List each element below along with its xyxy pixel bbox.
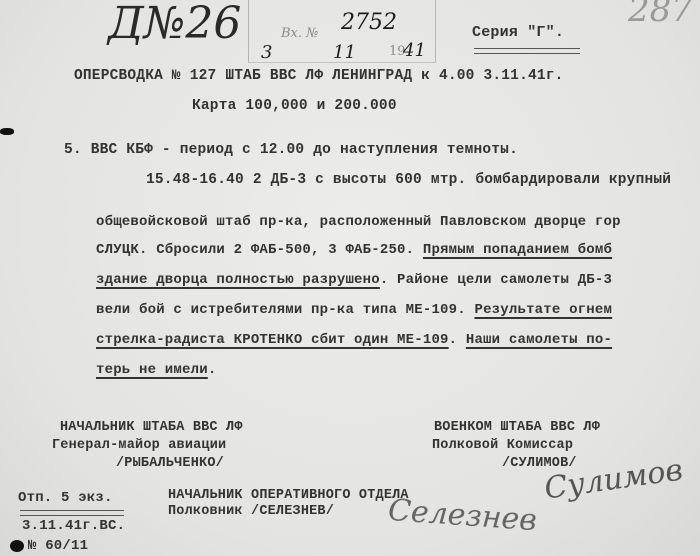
body-line: стрелка-радиста КРОТЕНКО сбит один МЕ-10… (96, 332, 612, 348)
body-text: . (208, 362, 217, 378)
signatory-rank: Генерал-майор авиации (52, 438, 226, 453)
signatory-position: НАЧАЛЬНИК ОПЕРАТИВНОГО ОТДЕЛА (168, 488, 409, 503)
underlined-text: Наши самолеты по- (466, 332, 612, 348)
signatory-rank: Полковник /СЕЛЕЗНЕВ/ (168, 504, 334, 519)
body-line: 15.48-16.40 2 ДБ-3 с высоты 600 мтр. бом… (146, 172, 671, 188)
document-title: ОПЕРСВОДКА № 127 ШТАБ ВВС ЛФ ЛЕНИНГРАД к… (74, 68, 564, 84)
incoming-day: 3 (261, 42, 272, 63)
page-number: 287 (628, 0, 693, 30)
incoming-number: 2752 (341, 10, 397, 35)
incoming-month: 11 (333, 42, 356, 63)
incoming-year: 41 (403, 40, 426, 61)
archive-mark: Д№26 (108, 0, 241, 49)
map-scale: Карта 100,000 и 200.000 (192, 98, 397, 114)
ink-blot (10, 540, 24, 552)
signatory-name: /РЫБАЛЬЧЕНКО/ (116, 456, 224, 471)
underlined-text: терь не имели (96, 362, 208, 378)
series-label: Серия "Г". (472, 24, 564, 41)
archive-document-scan: Вх. № 2752 3 11 19 41 Д№26 287 Серия "Г"… (0, 0, 700, 556)
incoming-stamp: Вх. № 2752 3 11 19 41 (248, 0, 436, 63)
series-underline (474, 48, 580, 54)
ink-blot (0, 128, 14, 135)
body-line: терь не имели. (96, 362, 216, 378)
underlined-text: здание дворца полностью разрушено (96, 272, 380, 288)
signatory-position: НАЧАЛЬНИК ШТАБА ВВС ЛФ (60, 420, 243, 435)
body-line: здание дворца полностью разрушено. Район… (96, 272, 612, 288)
body-line: СЛУЦК. Сбросили 2 ФАБ-500, 3 ФАБ-250. Пр… (96, 242, 612, 258)
handwritten-signature: Селезнев (387, 493, 538, 538)
body-text: . Районе цели самолеты ДБ-3 (380, 272, 612, 288)
body-line: вели бой с истребителями пр-ка типа МЕ-1… (96, 302, 612, 318)
section-heading: 5. ВВС КБФ - период с 12.00 до наступлен… (64, 142, 518, 158)
copies-underline (20, 510, 124, 516)
copies-count: Отп. 5 экз. (18, 490, 113, 506)
underlined-text: Прямым попаданием бомб (423, 242, 612, 258)
underlined-text: Результате огнем (474, 302, 612, 318)
body-text: вели бой с истребителями пр-ка типа МЕ-1… (96, 302, 474, 318)
body-text: СЛУЦК. Сбросили 2 ФАБ-500, 3 ФАБ-250. (96, 242, 423, 258)
underlined-text: стрелка-радиста КРОТЕНКО сбит один МЕ-10… (96, 332, 449, 348)
stamp-incoming-label: Вх. № (281, 26, 318, 41)
footer-reference: № 60/11 (28, 538, 88, 554)
body-line: общевойсковой штаб пр-ка, расположенный … (96, 214, 621, 230)
footer-date: 3.11.41г.ВС. (22, 518, 125, 534)
signatory-rank: Полковой Комиссар (432, 438, 573, 453)
signatory-position: ВОЕНКОМ ШТАБА ВВС ЛФ (434, 420, 600, 435)
body-text: . (449, 332, 466, 348)
